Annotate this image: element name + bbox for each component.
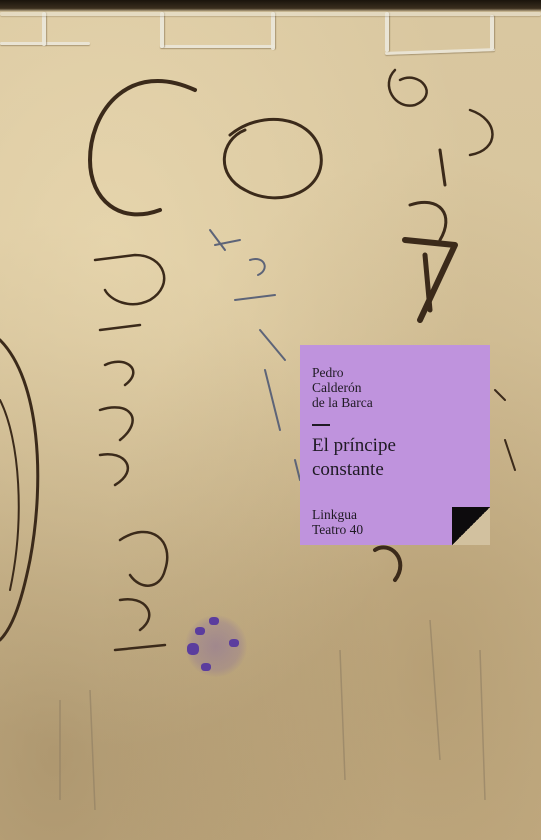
author-line: Calderón [312, 380, 373, 395]
series-name: Teatro 40 [312, 522, 363, 537]
publisher-name: Linkgua [312, 507, 363, 522]
author-line: Pedro [312, 365, 373, 380]
library-stamp [185, 615, 247, 677]
title-label: Pedro Calderón de la Barca El príncipe c… [300, 345, 490, 545]
publisher-series: Linkgua Teatro 40 [312, 507, 363, 537]
title-line: El príncipe [312, 434, 396, 458]
corner-triangle-icon [452, 507, 490, 545]
title-line: constante [312, 458, 396, 482]
author-line: de la Barca [312, 395, 373, 410]
author-name: Pedro Calderón de la Barca [312, 365, 373, 410]
book-cover: Pedro Calderón de la Barca El príncipe c… [0, 0, 541, 840]
divider-rule [312, 424, 330, 426]
book-title: El príncipe constante [312, 434, 396, 482]
